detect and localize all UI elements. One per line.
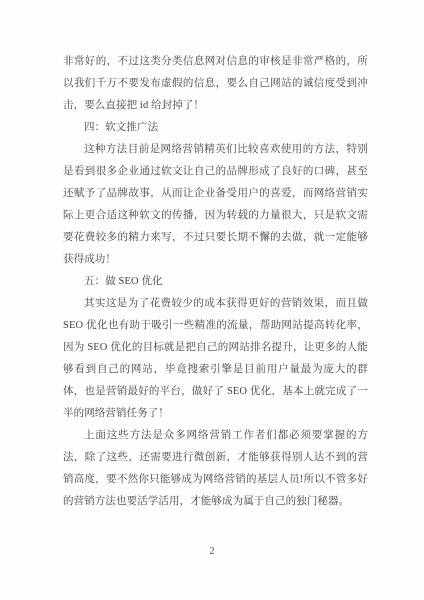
paragraph: 非常好的，不过这类分类信息网对信息的审核是非常严格的，所以我们千万不要发布虚假的… [63, 51, 368, 117]
section-heading: 五：做 SEO 优化 [63, 271, 368, 293]
document-page: 非常好的，不过这类分类信息网对信息的审核是非常严格的，所以我们千万不要发布虚假的… [0, 0, 424, 600]
section-heading: 四：软文推广法 [63, 117, 368, 139]
paragraph: 其实这是为了花费较少的成本获得更好的营销效果，而且做 SEO 优化也有助于吸引一… [63, 293, 368, 425]
paragraph: 上面这些方法是众多网络营销工作者们都必须要掌握的方法，除了这些，还需要进行微创新… [63, 425, 368, 513]
paragraph: 这种方法目前是网络营销精英们比较喜欢使用的方法，特别是看到很多企业通过软文让自己… [63, 139, 368, 271]
page-number: 2 [0, 546, 424, 557]
document-text: 非常好的，不过这类分类信息网对信息的审核是非常严格的，所以我们千万不要发布虚假的… [63, 51, 368, 513]
